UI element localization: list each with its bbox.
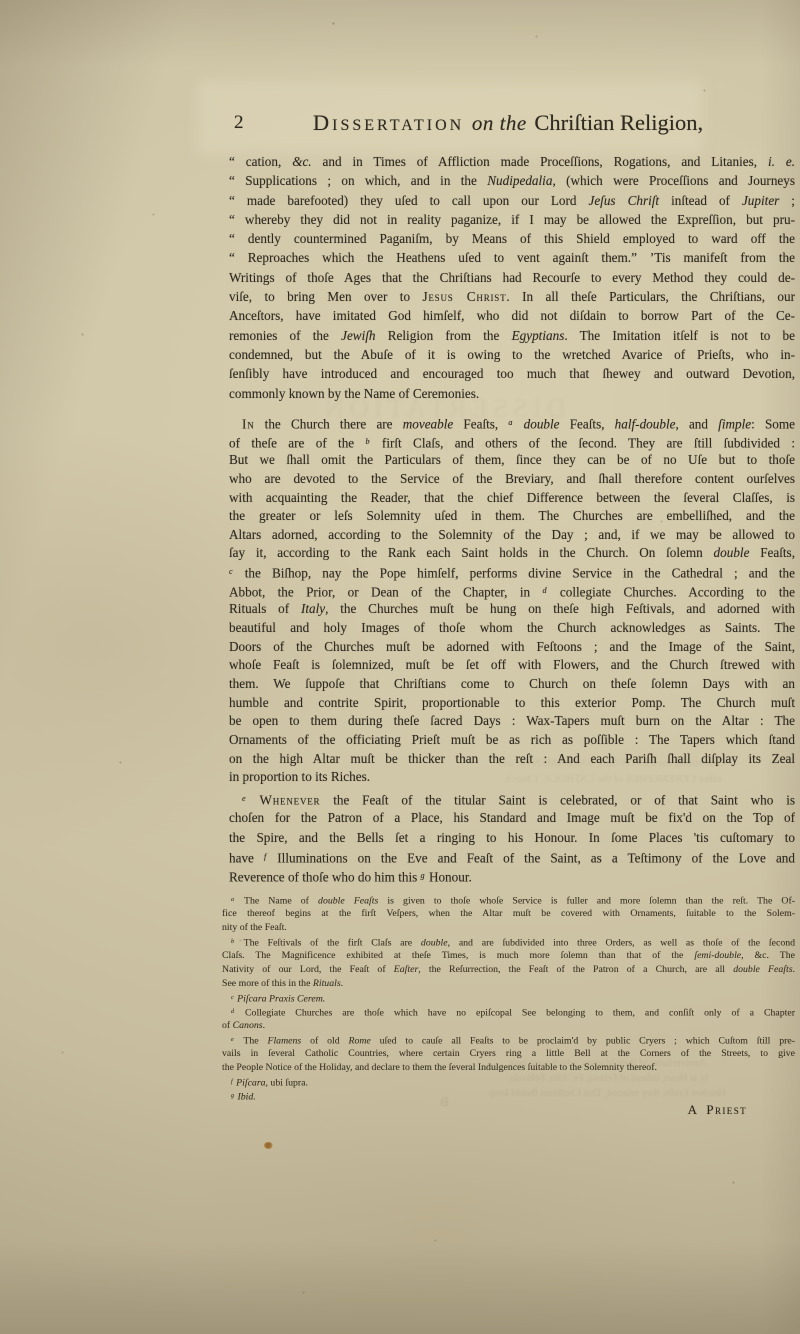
text-run: them. We ſuppoſe that Chriſtians come to… (229, 676, 795, 691)
text-run: ſimple (718, 417, 751, 432)
text-line: who are devoted to the Service of the Br… (229, 470, 795, 489)
text-line: ſay it, according to the Rank each Saint… (229, 544, 795, 563)
text-line: Claſs. The Magnificence exhibited at the… (222, 949, 795, 963)
text-run: Flamens (267, 1036, 301, 1047)
text-run: Illuminations on the Eve and Feaſt of th… (267, 851, 795, 866)
footnote-b: b The Feſtivals of the firſt Claſs are d… (222, 935, 795, 991)
text-line: them. We ſuppoſe that Chriſtians come to… (229, 675, 795, 694)
text-run: Nudipedalia (487, 173, 552, 188)
text-run: c (229, 567, 233, 576)
text-run: Ornaments of the officiating Prieſt muſt… (229, 732, 795, 747)
footnote-e: e The Flamens of old Rome uſed to cauſe … (222, 1033, 795, 1075)
text-line: whoſe Feaſt is ſolemnized, muſt be ſet o… (229, 656, 795, 675)
text-line: choſen for the Patron of a Place, his St… (229, 808, 795, 827)
text-line: Abbot, the Prior, or Dean of the Chapter… (229, 582, 795, 601)
text-run: “ dently countermined Paganiſm, by Means… (229, 231, 795, 246)
text-run: b (366, 437, 370, 446)
text-run: double (421, 938, 448, 949)
text-run: the People Notice of the Holiday, and de… (222, 1062, 657, 1073)
text-run (513, 417, 523, 432)
text-run: ſay it, according to the Rank each Saint… (229, 545, 714, 560)
text-run: the Biſhop, nay the Pope himſelf, perfor… (234, 566, 795, 581)
text-run: i. e. (768, 154, 795, 169)
text-run: be open to them during theſe ſacred Days… (229, 713, 795, 728)
text-run: “ whereby they did not in reality pagani… (229, 212, 795, 227)
footnotes-section: a The Name of double Feaſts is given to … (222, 893, 795, 1103)
text-line: ſenſibly have introduced and encouraged … (229, 364, 795, 383)
text-run: Anceſtors, have imitated God himſelf, wh… (229, 308, 795, 323)
footnote-g: g Ibid. (222, 1089, 795, 1103)
text-line: In the Church there are moveable Feaſts,… (229, 414, 795, 433)
text-run: . (793, 964, 795, 975)
text-run: Dissertation (313, 110, 464, 135)
text-run: Religion from the (376, 328, 512, 343)
text-run: Eaſter (394, 964, 419, 975)
text-run: g (231, 1093, 234, 1099)
text-line: “ Reproaches which the Heathens uſed to … (229, 248, 795, 267)
text-line: on the high Altar muſt be thicker than t… (229, 750, 795, 769)
text-line: Altars adorned, according to the Solemni… (229, 526, 795, 545)
text-run: : Some (751, 417, 795, 432)
text-run: Jupiter (742, 193, 779, 208)
text-run: ſenſibly have introduced and encouraged … (229, 366, 795, 381)
text-run: half-double (615, 417, 676, 432)
text-run: double Feaſts (318, 896, 378, 907)
text-run: See more of this in the (222, 978, 313, 989)
text-run: Piſcara (236, 1078, 265, 1089)
running-header: 2 Dissertation on the Chriſtian Religion… (225, 106, 791, 140)
text-line: a The Name of double Feaſts is given to … (222, 893, 795, 907)
text-line: “ Supplications ; on which, and in the N… (229, 171, 795, 190)
text-run: But we ſhall omit the Particulars of the… (229, 452, 795, 467)
text-line: g Ibid. (222, 1089, 795, 1103)
text-run: . (341, 978, 343, 989)
text-run: Rituals of (229, 601, 301, 616)
text-line: vails in ſeveral Catholic Countries, whe… (222, 1047, 795, 1061)
text-run: double (524, 417, 560, 432)
text-run: in proportion to its Riches. (229, 769, 370, 784)
text-line: Doors of the Churches muſt be adorned wi… (229, 638, 795, 657)
text-line: b The Feſtivals of the firſt Claſs are d… (222, 935, 795, 949)
text-line: with acquainting the Reader, that the ch… (229, 489, 795, 508)
stain (264, 1142, 273, 1149)
text-run: . The Imitation itſelf is not to be (564, 328, 795, 343)
text-run: uſed to cauſe all Feaſts to be proclaim'… (371, 1036, 795, 1047)
text-run: Rituals (313, 978, 341, 989)
text-run: , (which were Proceſſions and Journeys (552, 173, 795, 188)
text-line: See more of this in the Rituals. (222, 977, 795, 991)
footnote-f: f Piſcara, ubi ſupra. (222, 1075, 795, 1089)
text-line: c the Biſhop, nay the Pope himſelf, perf… (229, 563, 795, 582)
text-line: Ornaments of the officiating Prieſt muſt… (229, 731, 795, 750)
paragraph-titular-saint: e Whenever the Feaſt of the titular Sain… (229, 789, 795, 885)
text-line: the greater or leſs Solemnity uſed in th… (229, 507, 795, 526)
text-run: and in Times of Affliction made Proceſſi… (312, 154, 768, 169)
text-line: nity of the Feaſt. (222, 921, 795, 935)
text-run: Canons (233, 1020, 263, 1031)
text-run: remonies of the (229, 328, 341, 343)
text-run: Chriſtian Religion, (529, 110, 703, 135)
text-line: have f Illuminations on the Eve and Feaſ… (229, 847, 795, 866)
text-line: Rituals of Italy, the Churches muſt be h… (229, 600, 795, 619)
text-run: e (231, 1037, 234, 1043)
text-run: Claſs. The Magnificence exhibited at the… (222, 950, 694, 961)
text-run: Jesus Christ (422, 289, 506, 304)
text-run: moveable (403, 417, 454, 432)
text-run: Feaſts, (749, 545, 795, 560)
text-line: e The Flamens of old Rome uſed to cauſe … (222, 1033, 795, 1047)
text-line: viſe, to bring Men over to Jesus Christ.… (229, 287, 795, 306)
text-run: Altars adorned, according to the Solemni… (229, 527, 795, 542)
text-line: commonly known by the Name of Ceremonies… (229, 384, 795, 403)
text-run: “ Reproaches which the Heathens uſed to … (229, 250, 795, 265)
text-run: b (231, 939, 234, 945)
text-run: c (231, 995, 234, 1001)
text-run: Writings of thoſe Ages that the Chriſtia… (229, 270, 795, 285)
text-run: choſen for the Patron of a Place, his St… (229, 810, 795, 825)
text-line: condemned, but the Abuſe of it is owing … (229, 345, 795, 364)
text-line: fice thereof begins at the firſt Veſpers… (222, 907, 795, 921)
text-run: The (235, 1036, 268, 1047)
text-run: collegiate Churches. According to the (548, 584, 795, 599)
text-run: ; (779, 193, 795, 208)
text-run: is given to thoſe whoſe Service is fulle… (378, 896, 795, 907)
text-run: Jewiſh (341, 328, 375, 343)
text-run: “ Supplications ; on which, and in the (229, 173, 487, 188)
footnote-a: a The Name of double Feaſts is given to … (222, 893, 795, 935)
text-run: . In all theſe Particulars, the Chriſtia… (506, 289, 795, 304)
text-run: who are devoted to the Service of the Br… (229, 471, 795, 486)
text-run: Abbot, the Prior, or Dean of the Chapter… (229, 584, 542, 599)
book-page-photo: DISSERTATION FESTIVALS Concerning the FE… (0, 0, 800, 1334)
catchword: A Priest (688, 1102, 747, 1118)
text-run: firſt Claſs, and others of the ſecond. T… (371, 435, 795, 450)
text-run (247, 793, 260, 808)
text-run: , the Churches muſt be hung on theſe hig… (325, 601, 795, 616)
text-run: commonly known by the Name of Ceremonies… (229, 386, 479, 401)
text-run: the Feaſt of the titular Saint is celebr… (320, 793, 795, 808)
text-line: “ made barefooted) they uſed to call upo… (229, 191, 795, 210)
text-line: Reverence of thoſe who do him this g Hon… (229, 866, 795, 885)
text-line: the People Notice of the Holiday, and de… (222, 1061, 795, 1075)
text-run: d (542, 586, 546, 595)
text-run: , and (675, 417, 718, 432)
text-run: , the Reſurrection, the Feaſt of the Pat… (418, 964, 733, 975)
text-run: on the high Altar muſt be thicker than t… (229, 751, 795, 766)
paragraph-quoted-passage: “ cation, &c. and in Times of Affliction… (229, 152, 795, 403)
text-run: with acquainting the Reader, that the ch… (229, 490, 795, 505)
text-run: Reverence of thoſe who do him this (229, 870, 421, 885)
text-run: Doors of the Churches muſt be adorned wi… (229, 639, 795, 654)
paragraph-church-feasts: In the Church there are moveable Feaſts,… (229, 414, 795, 787)
text-line: in proportion to its Riches. (229, 768, 795, 787)
text-line: the Spire, and the Bells ſet a ringing t… (229, 828, 795, 847)
text-line: “ whereby they did not in reality pagani… (229, 210, 795, 229)
text-line: beautiful and holy Images of thoſe whom … (229, 619, 795, 638)
text-run: ſemi-double (694, 950, 741, 961)
text-run: the Spire, and the Bells ſet a ringing t… (229, 830, 795, 845)
footnote-c: c Piſcara Praxis Cerem. (222, 991, 795, 1005)
text-line: Nativity of our Lord, the Feaſt of Eaſte… (222, 963, 795, 977)
text-run: inſtead of (659, 193, 742, 208)
text-run: g (421, 871, 425, 880)
text-run: f (264, 852, 266, 861)
text-line: Writings of thoſe Ages that the Chriſtia… (229, 268, 795, 287)
text-run: of theſe are of the (229, 435, 366, 450)
text-line: of theſe are of the b firſt Claſs, and o… (229, 433, 795, 452)
text-run: Honour. (426, 870, 472, 885)
text-run: f (231, 1079, 233, 1085)
text-run: The Feſtivals of the firſt Claſs are (235, 938, 421, 949)
text-run: Rome (348, 1036, 370, 1047)
text-run: “ cation, (229, 154, 292, 169)
text-line: “ dently countermined Paganiſm, by Means… (229, 229, 795, 248)
text-line: remonies of the Jewiſh Religion from the… (229, 326, 795, 345)
text-run: nity of the Feaſt. (222, 922, 287, 933)
text-run: Feaſts, (453, 417, 508, 432)
text-run: Nativity of our Lord, the Feaſt of (222, 964, 394, 975)
text-run: humble and contrite Spirit, proportionab… (229, 695, 795, 710)
text-run: Italy (301, 601, 325, 616)
text-line: e Whenever the Feaſt of the titular Sain… (229, 789, 795, 808)
text-run: Ibid. (237, 1092, 255, 1103)
text-line: f Piſcara, ubi ſupra. (222, 1075, 795, 1089)
paper-specks (0, 0, 1, 1)
text-run: fice thereof begins at the firſt Veſpers… (222, 908, 795, 919)
text-run: beautiful and holy Images of thoſe whom … (229, 620, 795, 635)
text-run: of (222, 1020, 233, 1031)
text-line: humble and contrite Spirit, proportionab… (229, 694, 795, 713)
footnote-d: d Collegiate Churches are thoſe which ha… (222, 1005, 795, 1033)
text-run: Feaſts, (560, 417, 615, 432)
text-run: Piſcara Praxis Cerem. (237, 994, 325, 1005)
text-line: Anceſtors, have imitated God himſelf, wh… (229, 306, 795, 325)
text-run: condemned, but the Abuſe of it is owing … (229, 347, 795, 362)
text-line: “ cation, &c. and in Times of Affliction… (229, 152, 795, 171)
text-run: “ made barefooted) they uſed to call upo… (229, 193, 588, 208)
text-run: , &c. The (741, 950, 795, 961)
text-run: have (229, 851, 264, 866)
text-run: d (231, 1009, 234, 1015)
text-run: Whenever (260, 793, 321, 808)
text-run: In (242, 417, 255, 432)
text-line: c Piſcara Praxis Cerem. (222, 991, 795, 1005)
text-run: a (231, 897, 234, 903)
page-title: Dissertation on the Chriſtian Religion, (313, 106, 703, 140)
text-run: The Name of (235, 896, 318, 907)
text-run: , and are ſubdivided into three Orders, … (448, 938, 795, 949)
text-run: &c. (292, 154, 311, 169)
text-run: viſe, to bring Men over to (229, 289, 422, 304)
text-run: e (242, 794, 246, 803)
text-line: be open to them during theſe ſacred Days… (229, 712, 795, 731)
text-run (464, 110, 470, 135)
text-run: of old (301, 1036, 348, 1047)
text-run: double (714, 545, 750, 560)
text-run: on the (470, 111, 529, 135)
text-run: Egyptians (512, 328, 565, 343)
text-run: Collegiate Churches are thoſe which have… (235, 1008, 795, 1019)
text-run: the Church there are (255, 417, 403, 432)
page-number: 2 (234, 106, 245, 140)
text-run: , ubi ſupra. (266, 1078, 308, 1089)
text-run: the greater or leſs Solemnity uſed in th… (229, 508, 795, 523)
text-run: whoſe Feaſt is ſolemnized, muſt be ſet o… (229, 657, 795, 672)
text-line: But we ſhall omit the Particulars of the… (229, 451, 795, 470)
text-run: a (508, 418, 512, 427)
text-run: . (263, 1020, 265, 1031)
text-run: vails in ſeveral Catholic Countries, whe… (222, 1048, 795, 1059)
text-line: of Canons. (222, 1019, 795, 1033)
text-run: double Feaſts (733, 964, 792, 975)
text-run: Jeſus Chriſt (588, 193, 659, 208)
text-line: d Collegiate Churches are thoſe which ha… (222, 1005, 795, 1019)
